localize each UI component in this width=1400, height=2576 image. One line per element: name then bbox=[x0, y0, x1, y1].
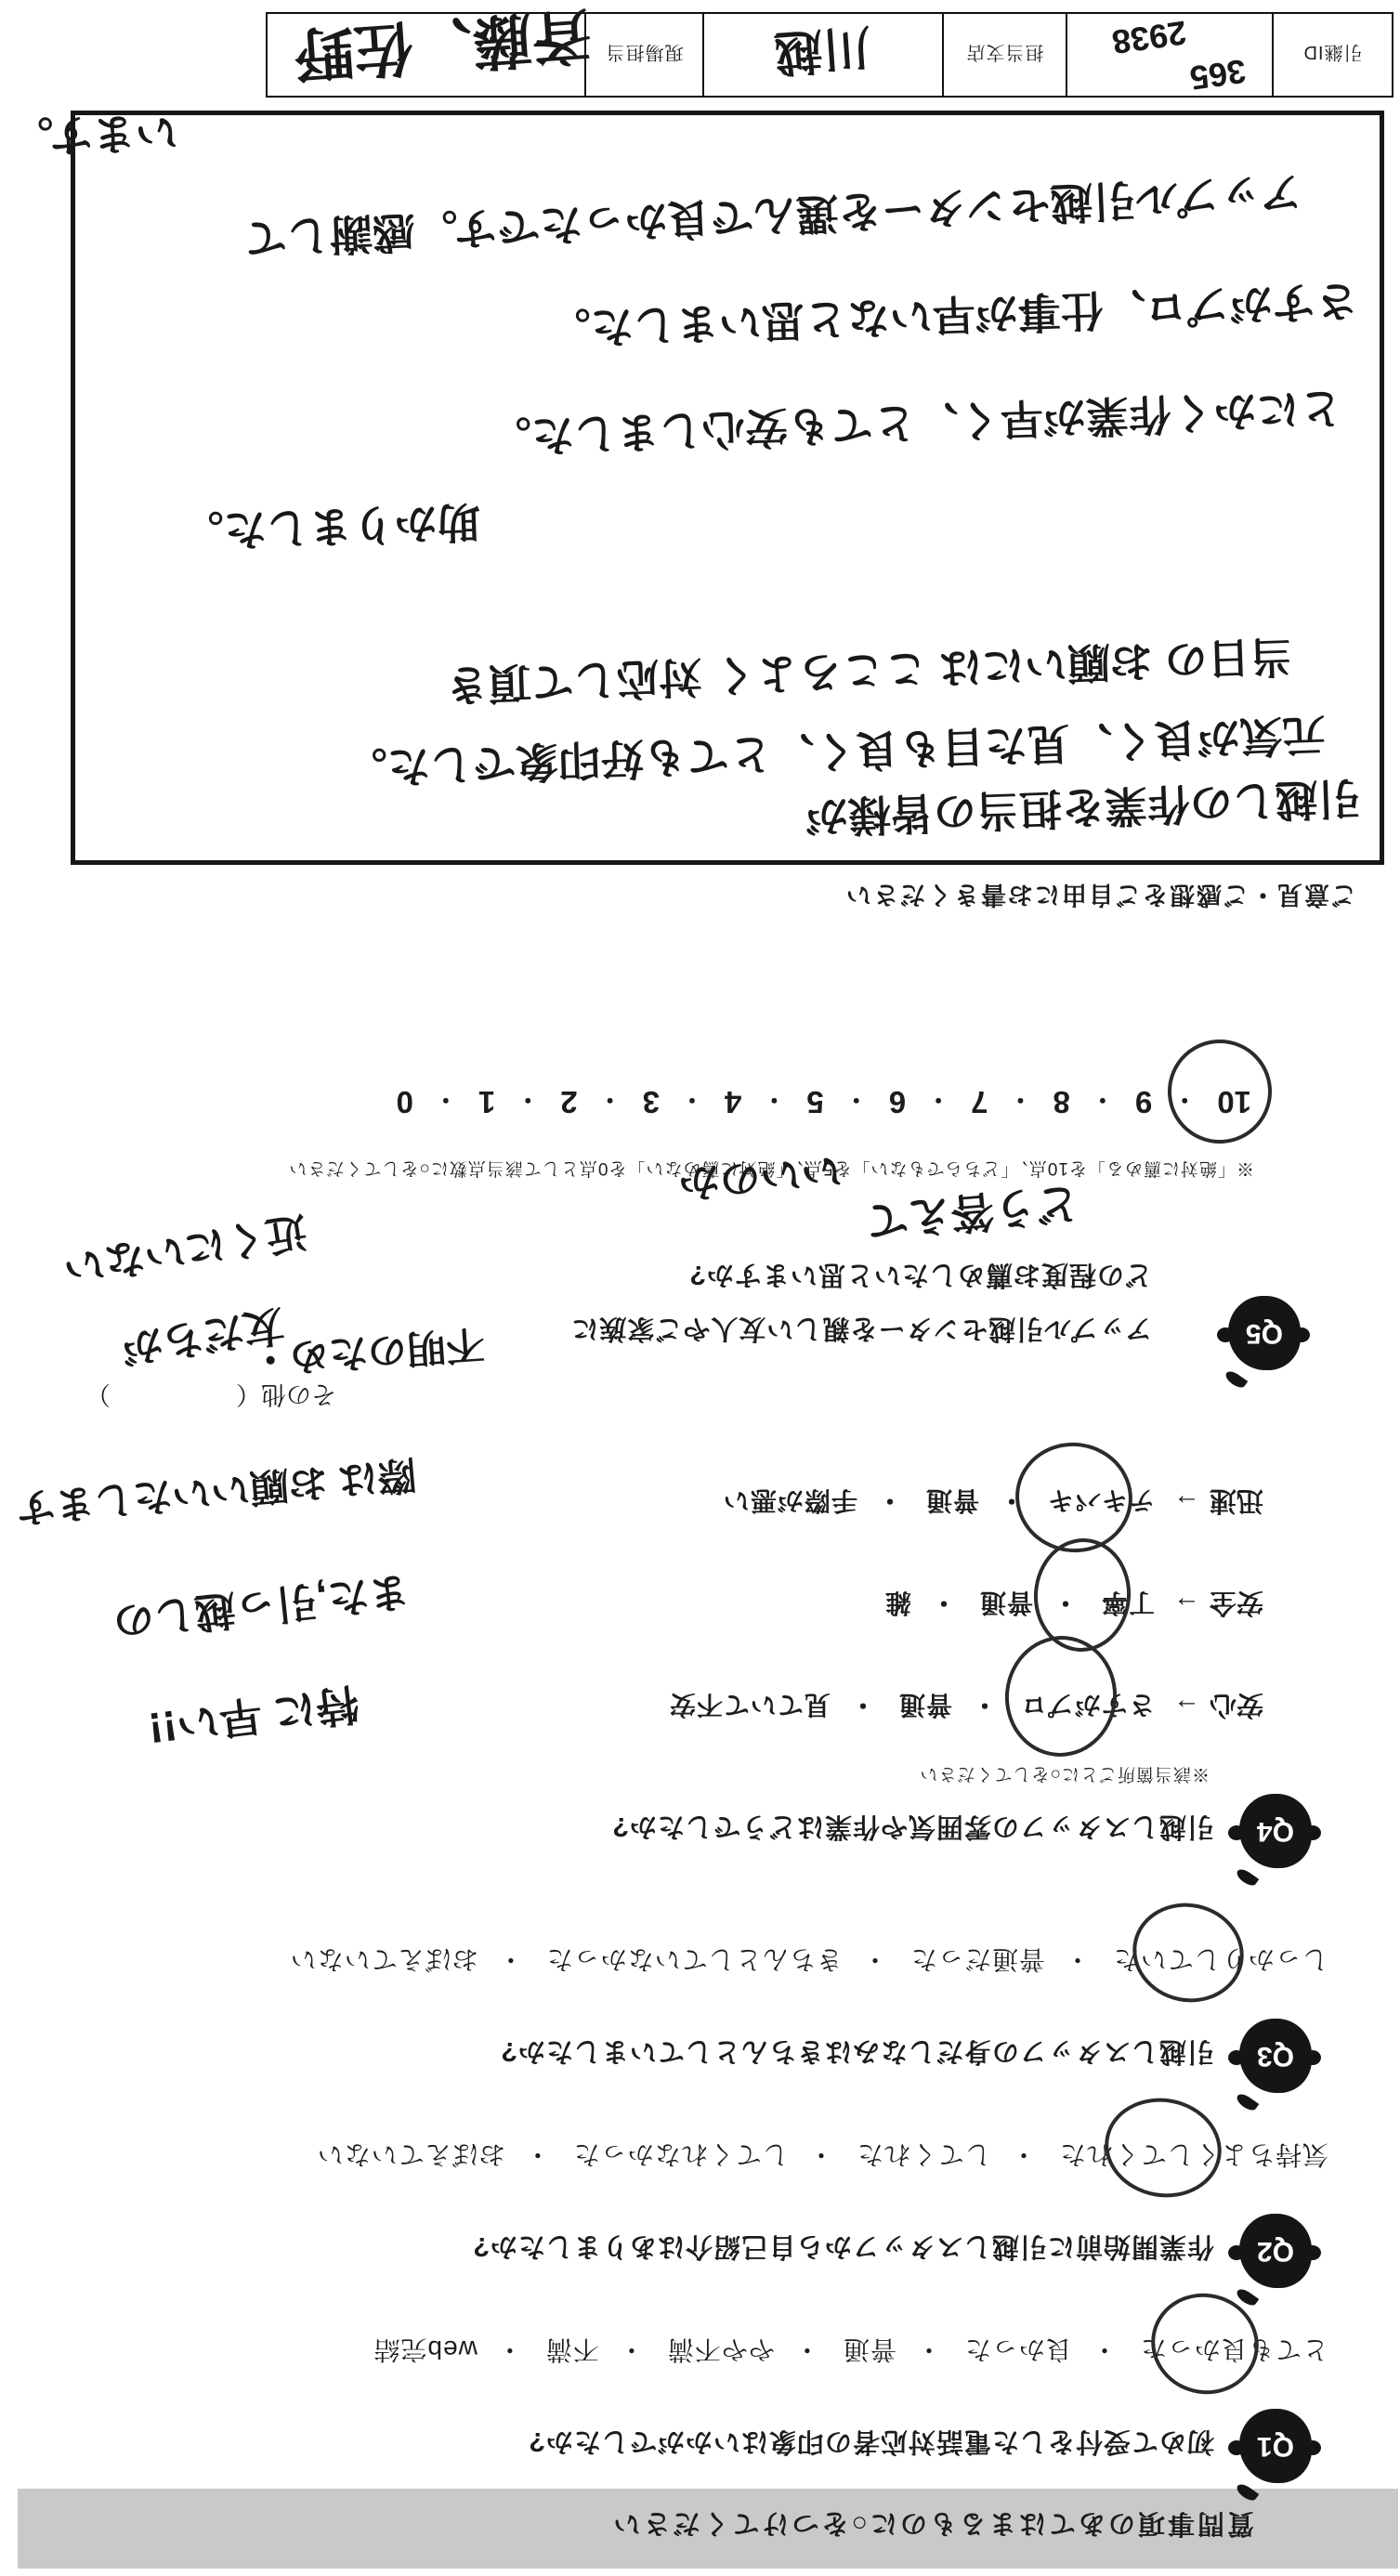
q1-badge-label: Q1 bbox=[1257, 2430, 1294, 2462]
q2-option: してくれなかった bbox=[571, 2138, 855, 2175]
survey-document-rotated: 質問事項のあてはまるものに○をつけてください Q1 初めて受付をした電話対応者の… bbox=[0, 0, 1400, 2576]
q2-answer-circle bbox=[1097, 2089, 1229, 2206]
q4-row2-margin-note: また,引っ越しの bbox=[111, 1564, 412, 1654]
scale-value: 0 bbox=[397, 1084, 478, 1119]
q4-row1-option: 普通 bbox=[896, 1689, 1018, 1726]
q5-scale-note: ※「絶対に薦める」を10点、「どちらでもない」を5点、「絶対に薦めない」を0点と… bbox=[288, 1157, 1254, 1183]
q4-row2-option: 雑 bbox=[883, 1587, 977, 1624]
arrow-icon: → bbox=[1173, 1692, 1200, 1722]
scale-value: 8 bbox=[1053, 1084, 1135, 1119]
q4-row1-margin-note: 特に 早い!! bbox=[145, 1675, 362, 1761]
handover-id-upper: 365 bbox=[1187, 51, 1248, 98]
q1-badge-icon: Q1 bbox=[1239, 2409, 1312, 2483]
q3-option: きちんとしていなかった bbox=[544, 1942, 909, 1980]
crew-names: 斉藤、佐野 bbox=[292, 0, 595, 102]
staff-table: 引継ID 365 2938 担当支店 川越 現場担当 斉藤、佐野 bbox=[266, 12, 1393, 98]
arrow-icon: → bbox=[1173, 1589, 1200, 1620]
branch-label: 担当支店 bbox=[944, 14, 1067, 96]
scale-value: 1 bbox=[478, 1084, 560, 1119]
q2-option: おぼえていない bbox=[315, 2138, 571, 2175]
q5-handwritten-note: 近くにいない bbox=[60, 1205, 312, 1302]
q4-row2-answer-circle bbox=[1030, 1536, 1134, 1655]
q4-badge-icon: Q4 bbox=[1239, 1794, 1312, 1868]
q4-note: ※該当箇所ごとに○をしてください bbox=[920, 1763, 1210, 1788]
q4-row3-option: 手際が悪い bbox=[721, 1484, 923, 1522]
q4-row1-answer-circle bbox=[1000, 1630, 1123, 1762]
q4-row-label: 安全 bbox=[1210, 1586, 1263, 1624]
q4-row-label: 迅速 bbox=[1210, 1484, 1263, 1522]
scanned-survey-sheet: 質問事項のあてはまるものに○をつけてください Q1 初めて受付をした電話対応者の… bbox=[0, 0, 1400, 2576]
q2-option: してくれた bbox=[855, 2138, 1057, 2175]
comment-line: います。 bbox=[10, 104, 180, 171]
crew-label: 現場担当 bbox=[586, 14, 704, 96]
scale-value: 2 bbox=[560, 1084, 642, 1119]
q2-question: 作業開始前に引越しスタッフから自己紹介はありましたか? bbox=[472, 2229, 1214, 2268]
q4-question: 引越しスタッフの雰囲気や作業はどうでしたか? bbox=[611, 1810, 1214, 1848]
q3-question: 引越しスタッフの身だしなみはきちんとしていましたか? bbox=[500, 2034, 1214, 2073]
scale-value: 5 bbox=[806, 1084, 888, 1119]
scale-value: 7 bbox=[971, 1084, 1053, 1119]
scale-value: 3 bbox=[643, 1084, 725, 1119]
branch-name: 川越 bbox=[773, 17, 874, 93]
q1-question: 初めて受付をした電話対応者の印象はいかがでしたか? bbox=[528, 2425, 1214, 2463]
q3-option: おぼえていない bbox=[288, 1942, 544, 1980]
q3-badge-icon: Q3 bbox=[1239, 2019, 1312, 2093]
handover-id-label: 引継ID bbox=[1274, 14, 1392, 96]
leaf-icon bbox=[1235, 1866, 1260, 1889]
q3-option: 普通だった bbox=[909, 1942, 1111, 1980]
q4-row3-margin-note: 際は お願いいたします bbox=[15, 1448, 419, 1538]
q3-answer-circle bbox=[1123, 1893, 1252, 2013]
q1-option: web完結 bbox=[371, 2333, 543, 2370]
q4-row-jinsoku: 迅速 → テキパキ 普通 手際が悪い bbox=[721, 1484, 1263, 1522]
q5-question-line1: アップル引越センターを親しい友人やご家族に bbox=[570, 1312, 1152, 1350]
branch-value: 川越 bbox=[704, 14, 944, 96]
q5-scale-answer-circle bbox=[1164, 1036, 1276, 1147]
comment-line: 助かりました。 bbox=[180, 493, 481, 565]
q3-badge-label: Q3 bbox=[1257, 2040, 1294, 2072]
handover-id-lower: 2938 bbox=[1109, 13, 1188, 62]
crew-value: 斉藤、佐野 bbox=[268, 14, 586, 96]
title-text: 質問事項のあてはまるものに○をつけてください bbox=[610, 2506, 1254, 2544]
q5-scale: 10 9 8 7 6 5 4 3 2 1 0 bbox=[397, 1084, 1251, 1119]
handover-id-value: 365 2938 bbox=[1067, 14, 1274, 96]
scale-value: 4 bbox=[725, 1084, 806, 1119]
comment-caption: ご意見・ご感想をご自由にお書きください bbox=[844, 879, 1356, 915]
q5-question-line2: どの程度お薦めしたいと思いますか? bbox=[688, 1258, 1152, 1296]
q1-option: 不満 bbox=[543, 2333, 665, 2370]
q4-row3-answer-circle bbox=[1008, 1435, 1139, 1560]
arrow-icon: → bbox=[1173, 1487, 1200, 1518]
leaf-icon bbox=[1235, 2091, 1260, 2113]
q1-option: 普通 bbox=[841, 2333, 962, 2370]
q4-row1-option: 見ていて不安 bbox=[667, 1689, 896, 1726]
q4-row-label: 安心 bbox=[1210, 1688, 1263, 1726]
q5-badge-icon: Q5 bbox=[1228, 1296, 1301, 1370]
q1-option: 良かった bbox=[962, 2333, 1138, 2370]
q4-row-anshin: 安心 → さすがプロ 普通 見ていて不安 bbox=[667, 1688, 1263, 1726]
q4-badge-label: Q4 bbox=[1257, 1815, 1294, 1847]
leaf-icon bbox=[1223, 1368, 1249, 1391]
q2-badge-icon: Q2 bbox=[1239, 2214, 1312, 2288]
q5-badge-label: Q5 bbox=[1246, 1317, 1283, 1349]
q1-option: やや不満 bbox=[665, 2333, 841, 2370]
q2-badge-label: Q2 bbox=[1257, 2235, 1294, 2267]
scale-value: 6 bbox=[889, 1084, 971, 1119]
title-bar: 質問事項のあてはまるものに○をつけてください bbox=[18, 2489, 1398, 2569]
q5-handwritten-note: どう答えて bbox=[864, 1175, 1082, 1255]
